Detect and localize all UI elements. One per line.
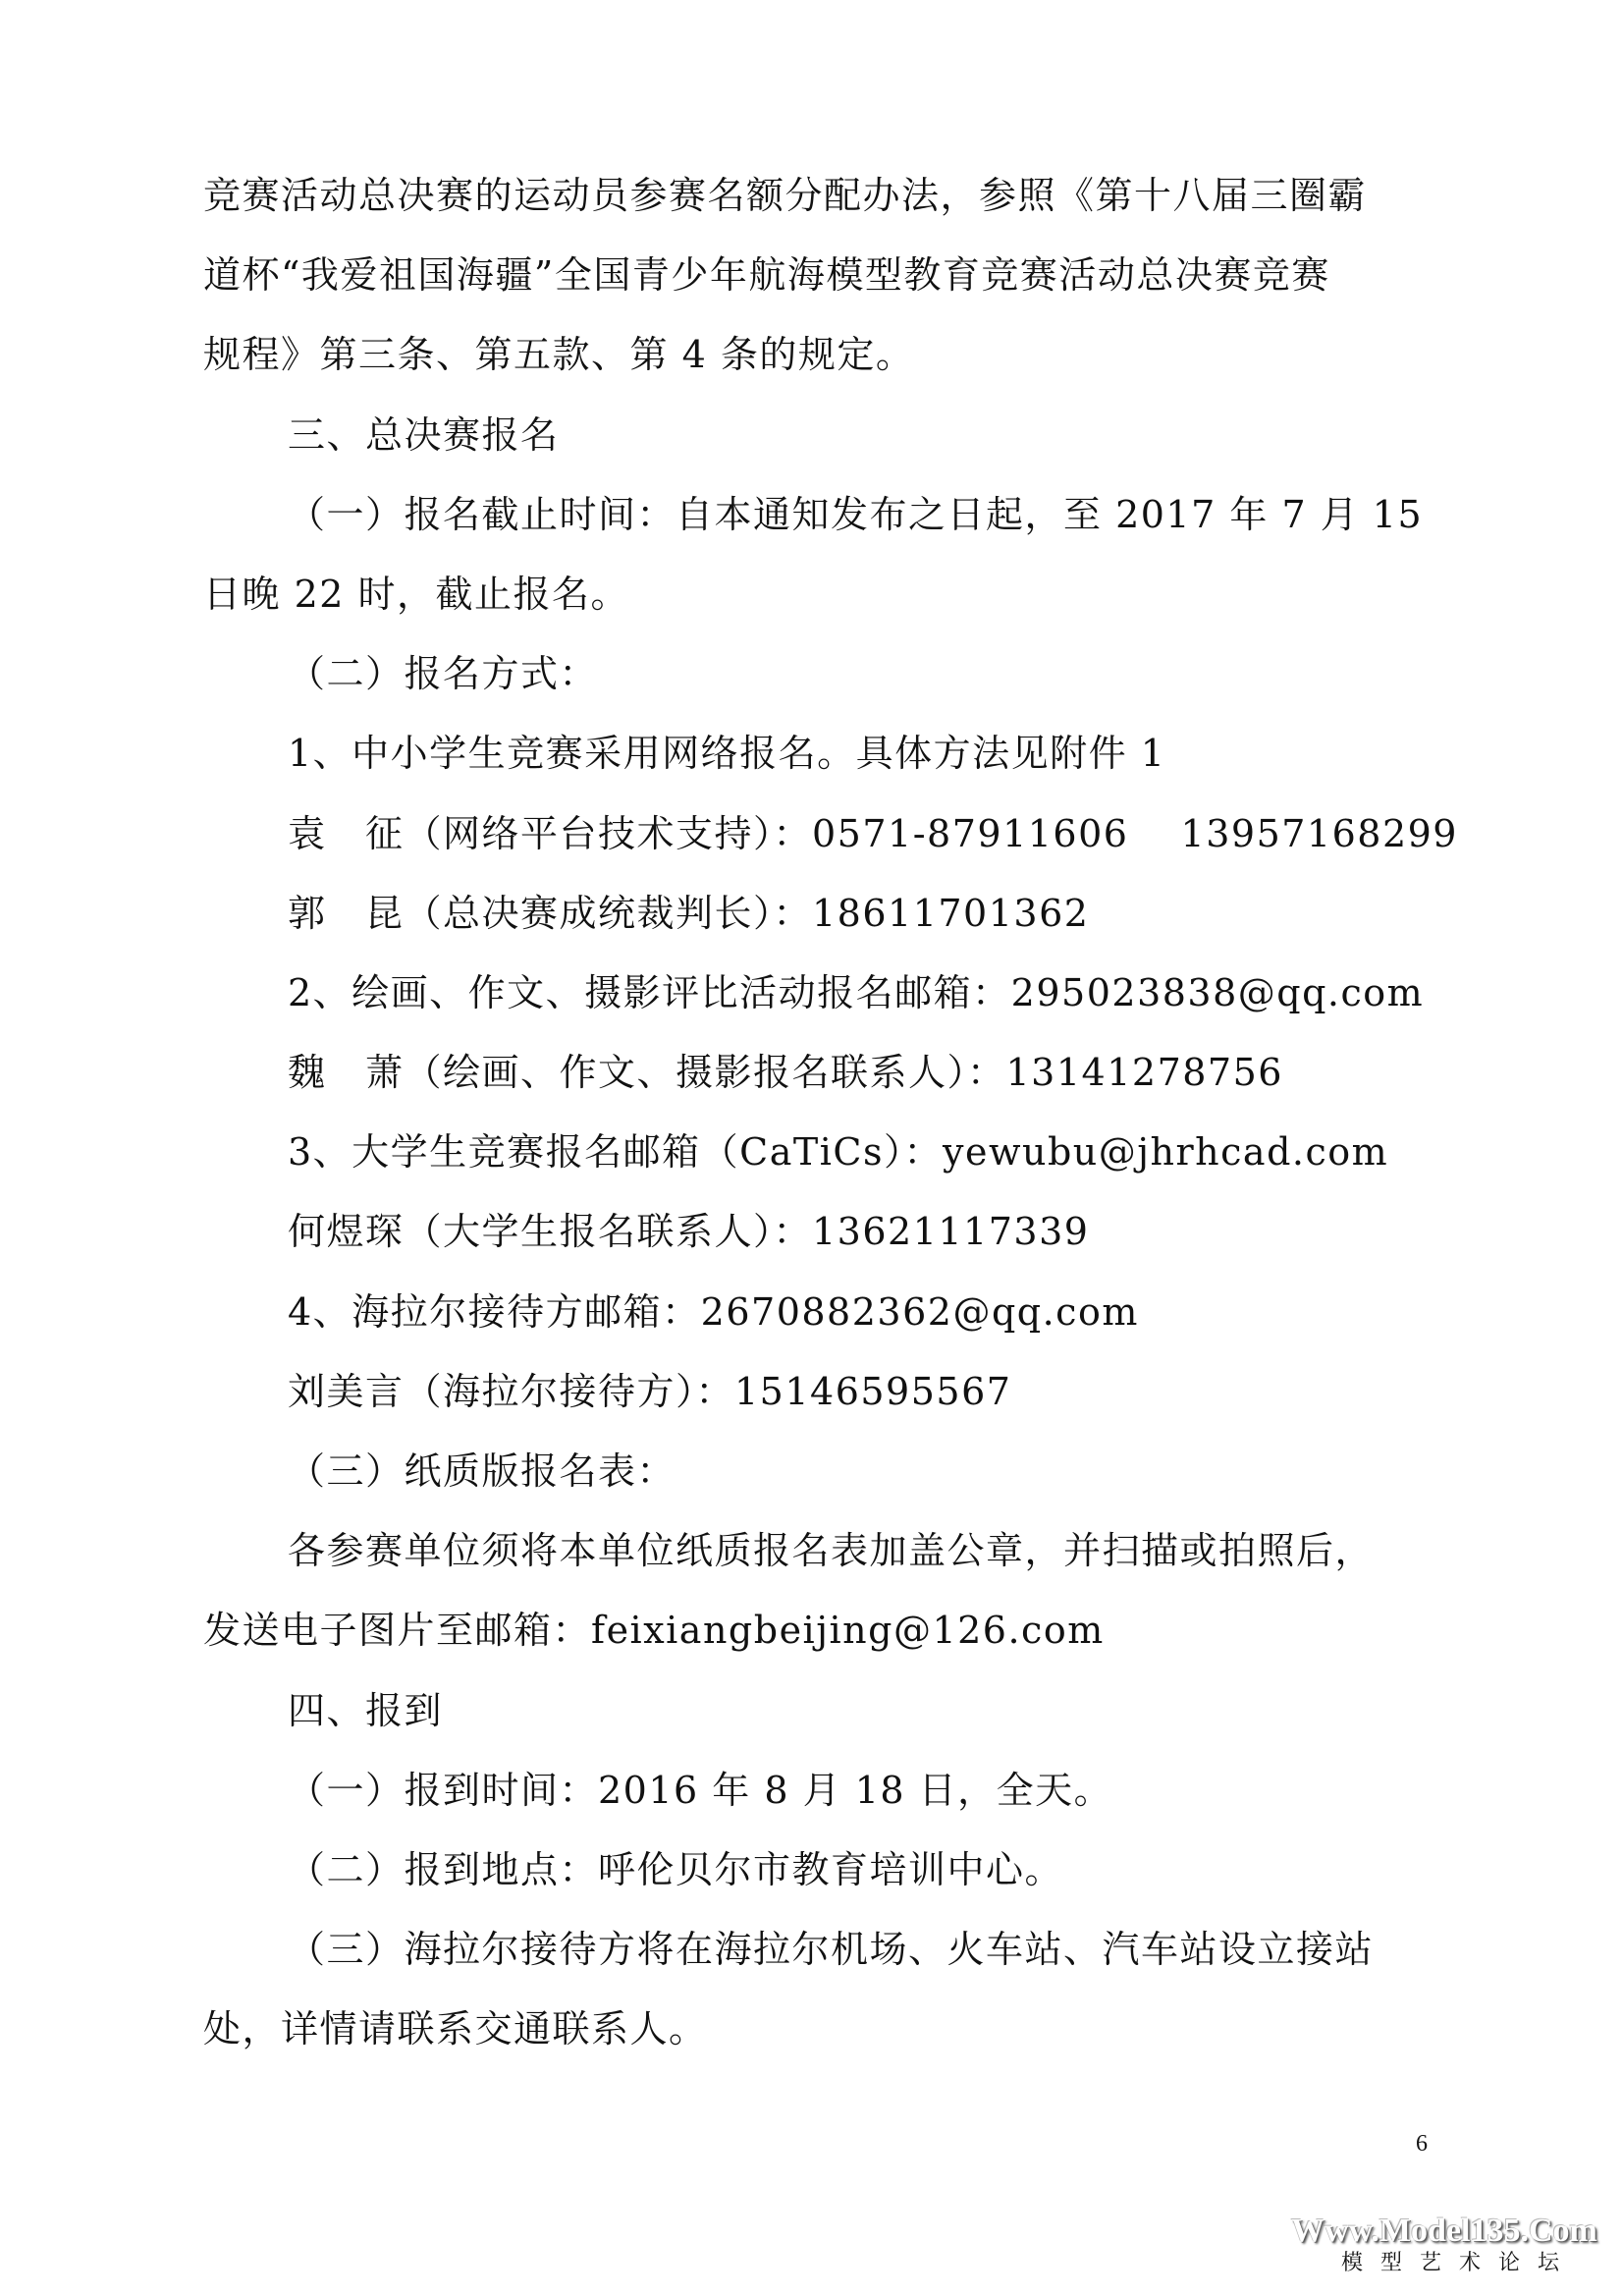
text-line: 各参赛单位须将本单位纸质报名表加盖公章，并扫描或拍照后， xyxy=(203,1511,1431,1591)
email-line: 发送电子图片至邮箱：feixiangbeijing@126.com xyxy=(203,1591,1431,1670)
email-line: 4、海拉尔接待方邮箱：2670882362@qq.com xyxy=(203,1273,1431,1352)
subsection-heading: （二）报名方式： xyxy=(203,634,1431,714)
text-line: 规程》第三条、第五款、第 4 条的规定。 xyxy=(203,315,1431,395)
subsection-heading: （三）纸质版报名表： xyxy=(203,1432,1431,1511)
contact-line: 刘美言（海拉尔接待方）：15146595567 xyxy=(203,1352,1431,1432)
watermark-name: 模型艺术论坛 xyxy=(1282,2251,1606,2276)
text-line: （一）报到时间：2016 年 8 月 18 日，全天。 xyxy=(203,1751,1431,1831)
email-line: 2、绘画、作文、摄影评比活动报名邮箱：295023838@qq.com xyxy=(203,954,1431,1033)
section-heading-checkin: 四、报到 xyxy=(203,1671,1431,1751)
text-line: 1、中小学生竞赛采用网络报名。具体方法见附件 1 xyxy=(203,714,1431,793)
text-line: （二）报到地点：呼伦贝尔市教育培训中心。 xyxy=(203,1831,1431,1910)
contact-line: 袁 征（网络平台技术支持）：0571-87911606 13957168299 xyxy=(203,794,1431,874)
text-line: 日晚 22 时，截止报名。 xyxy=(203,555,1431,634)
email-line: 3、大学生竞赛报名邮箱（CaTiCs）：yewubu@jhrhcad.com xyxy=(203,1113,1431,1192)
watermark: Www.Model135.Com 模型艺术论坛 xyxy=(1282,2212,1606,2276)
text-line: （三）海拉尔接待方将在海拉尔机场、火车站、汽车站设立接站 xyxy=(203,1910,1431,1990)
document-body: 竞赛活动总决赛的运动员参赛名额分配办法，参照《第十八届三圈霸 道杯“我爱祖国海疆… xyxy=(203,156,1431,2070)
section-heading-registration: 三、总决赛报名 xyxy=(203,396,1431,475)
page-number: 6 xyxy=(1416,2131,1428,2158)
text-line: 处，详情请联系交通联系人。 xyxy=(203,1990,1431,2069)
text-line: （一）报名截止时间：自本通知发布之日起，至 2017 年 7 月 15 xyxy=(203,475,1431,555)
text-line: 道杯“我爱祖国海疆”全国青少年航海模型教育竞赛活动总决赛竞赛 xyxy=(203,236,1431,315)
document-page: 竞赛活动总决赛的运动员参赛名额分配办法，参照《第十八届三圈霸 道杯“我爱祖国海疆… xyxy=(0,0,1622,2296)
contact-line: 魏 萧（绘画、作文、摄影报名联系人）：13141278756 xyxy=(203,1033,1431,1113)
text-line: 竞赛活动总决赛的运动员参赛名额分配办法，参照《第十八届三圈霸 xyxy=(203,156,1431,236)
contact-line: 何煜琛（大学生报名联系人）：13621117339 xyxy=(203,1192,1431,1272)
watermark-url: Www.Model135.Com xyxy=(1282,2212,1606,2251)
contact-line: 郭 昆（总决赛成统裁判长）：18611701362 xyxy=(203,874,1431,954)
